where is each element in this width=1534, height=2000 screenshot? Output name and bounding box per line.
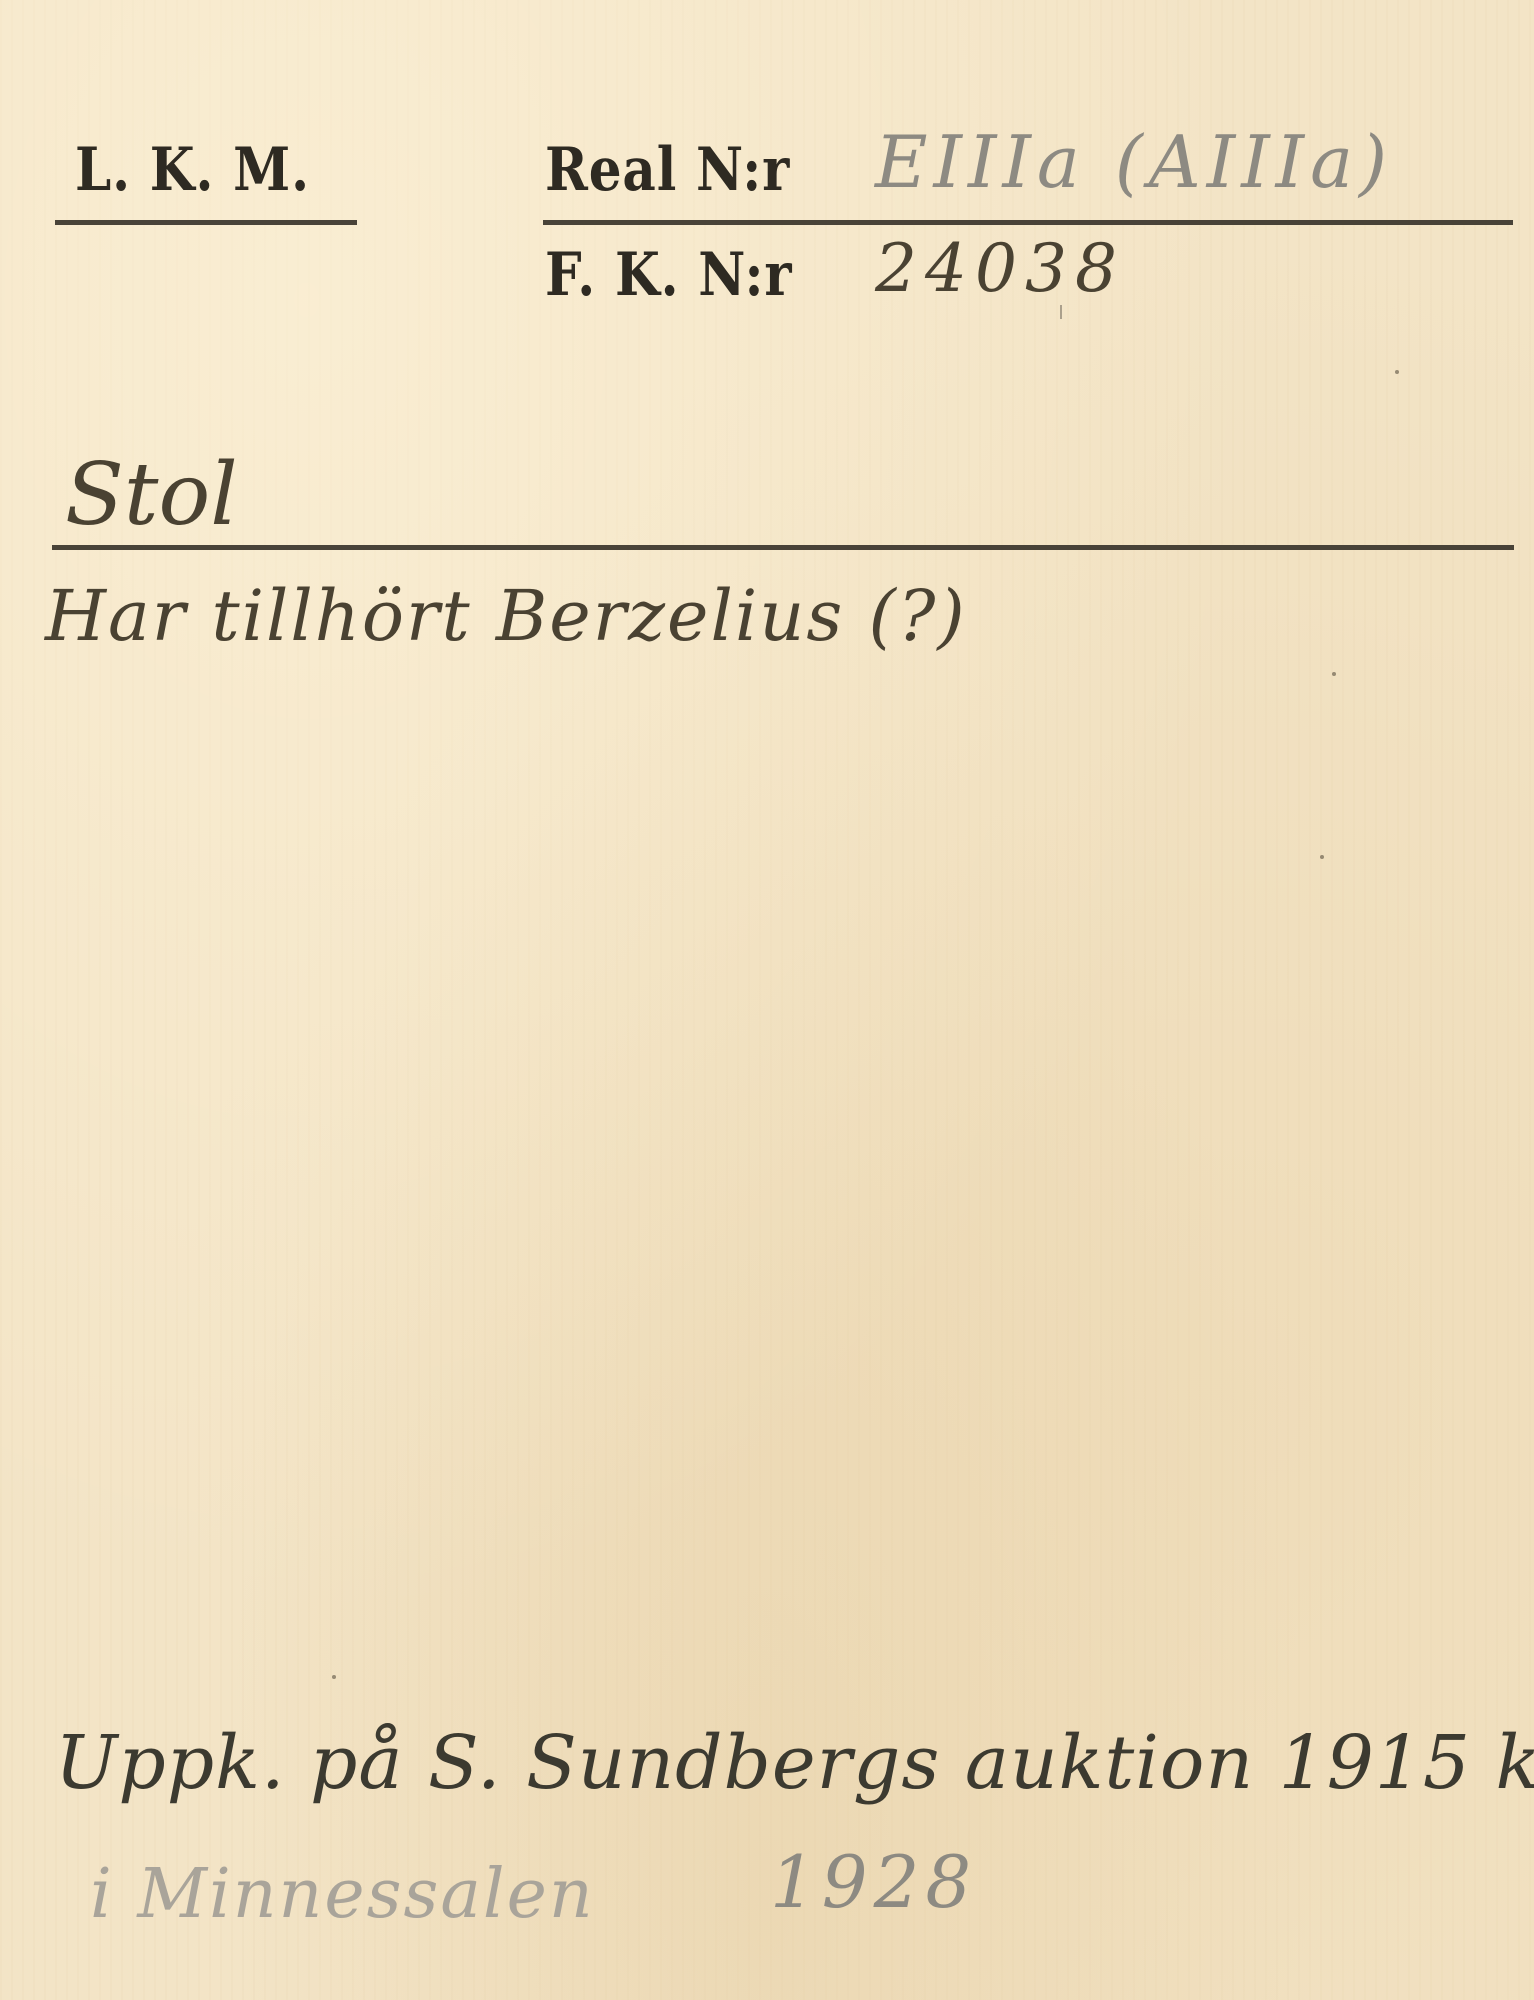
- object-title: Stol: [65, 445, 238, 545]
- fk-number-value: 24038: [875, 230, 1125, 307]
- location-year: 1928: [770, 1840, 977, 1924]
- real-number-label: Real N:r: [545, 135, 790, 205]
- paper-speck: [332, 1675, 336, 1679]
- paper-speck: [1320, 855, 1324, 859]
- pencil-mark: [1060, 305, 1062, 319]
- real-number-value: EIIIa (AIIIa): [875, 120, 1393, 204]
- title-rule: [52, 545, 1514, 550]
- paper-speck: [1332, 672, 1336, 676]
- paper-speck: [1395, 370, 1399, 374]
- acquisition-note: Uppk. på S. Sundbergs auktion 1915 kr. 5…: [55, 1720, 1534, 1806]
- real-number-rule: [543, 220, 1513, 225]
- institution-label: L. K. M.: [75, 135, 310, 205]
- catalog-card: L. K. M. Real N:r EIIIa (AIIIa) F. K. N:…: [0, 0, 1534, 2000]
- fk-number-label: F. K. N:r: [545, 240, 792, 310]
- location-note: i Minnessalen: [90, 1855, 595, 1934]
- provenance-note: Har tillhört Berzelius (?): [45, 575, 967, 657]
- institution-underline: [55, 220, 357, 225]
